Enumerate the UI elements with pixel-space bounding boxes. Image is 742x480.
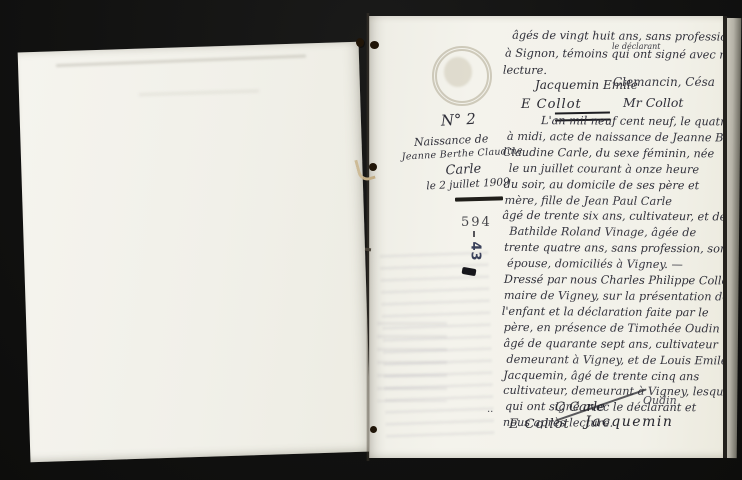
act-number: N° 2 bbox=[440, 110, 476, 130]
signature: Clemancin, Césa bbox=[613, 75, 715, 89]
folio-number-stamp: 594 bbox=[461, 215, 492, 230]
ink-dots: .. bbox=[487, 404, 493, 415]
handwritten-line: demeurant à Vigney, et de Louis Emile bbox=[506, 351, 727, 369]
bleed-through-text bbox=[377, 312, 447, 402]
scanned-register-spread: N° 2 Naissance de Jeanne Berthe Claudine… bbox=[0, 0, 742, 480]
right-page-act: N° 2 Naissance de Jeanne Berthe Claudine… bbox=[369, 16, 727, 458]
handwritten-line: du soir, au domicile de ses père et bbox=[504, 176, 727, 194]
act-type: Naissance de bbox=[414, 132, 489, 149]
paper-smudge bbox=[56, 55, 306, 68]
act-continuation-text: âgés de vingt huit ans, sans profession … bbox=[501, 27, 727, 82]
signature: E Collot bbox=[521, 97, 582, 112]
signature: Oudin bbox=[643, 394, 677, 407]
binding-stitch bbox=[365, 248, 371, 252]
birth-act-text: L'an mil neuf cent neuf, le quatre juill… bbox=[499, 113, 727, 433]
left-page-blank bbox=[18, 42, 372, 463]
binding-knot bbox=[356, 38, 364, 47]
signature: Mr Collot bbox=[623, 95, 683, 110]
handwritten-line: âgé de quarante sept ans, cultivateur bbox=[503, 336, 727, 354]
handwritten-line: le un juillet courant à onze heure bbox=[509, 161, 727, 179]
stamp-tick bbox=[473, 231, 475, 237]
binding-knot bbox=[369, 163, 377, 171]
interline-addition: le déclarant bbox=[612, 42, 660, 51]
paper-smudge bbox=[139, 90, 259, 96]
act-surname: Carle bbox=[445, 162, 482, 179]
embossed-seal bbox=[432, 46, 492, 106]
signature: Jacquemin bbox=[585, 414, 673, 430]
binding-knot bbox=[370, 426, 377, 433]
act-date: le 2 juillet 1909 bbox=[426, 176, 510, 192]
binding-knot bbox=[370, 41, 379, 49]
binding-gutter bbox=[366, 13, 370, 461]
